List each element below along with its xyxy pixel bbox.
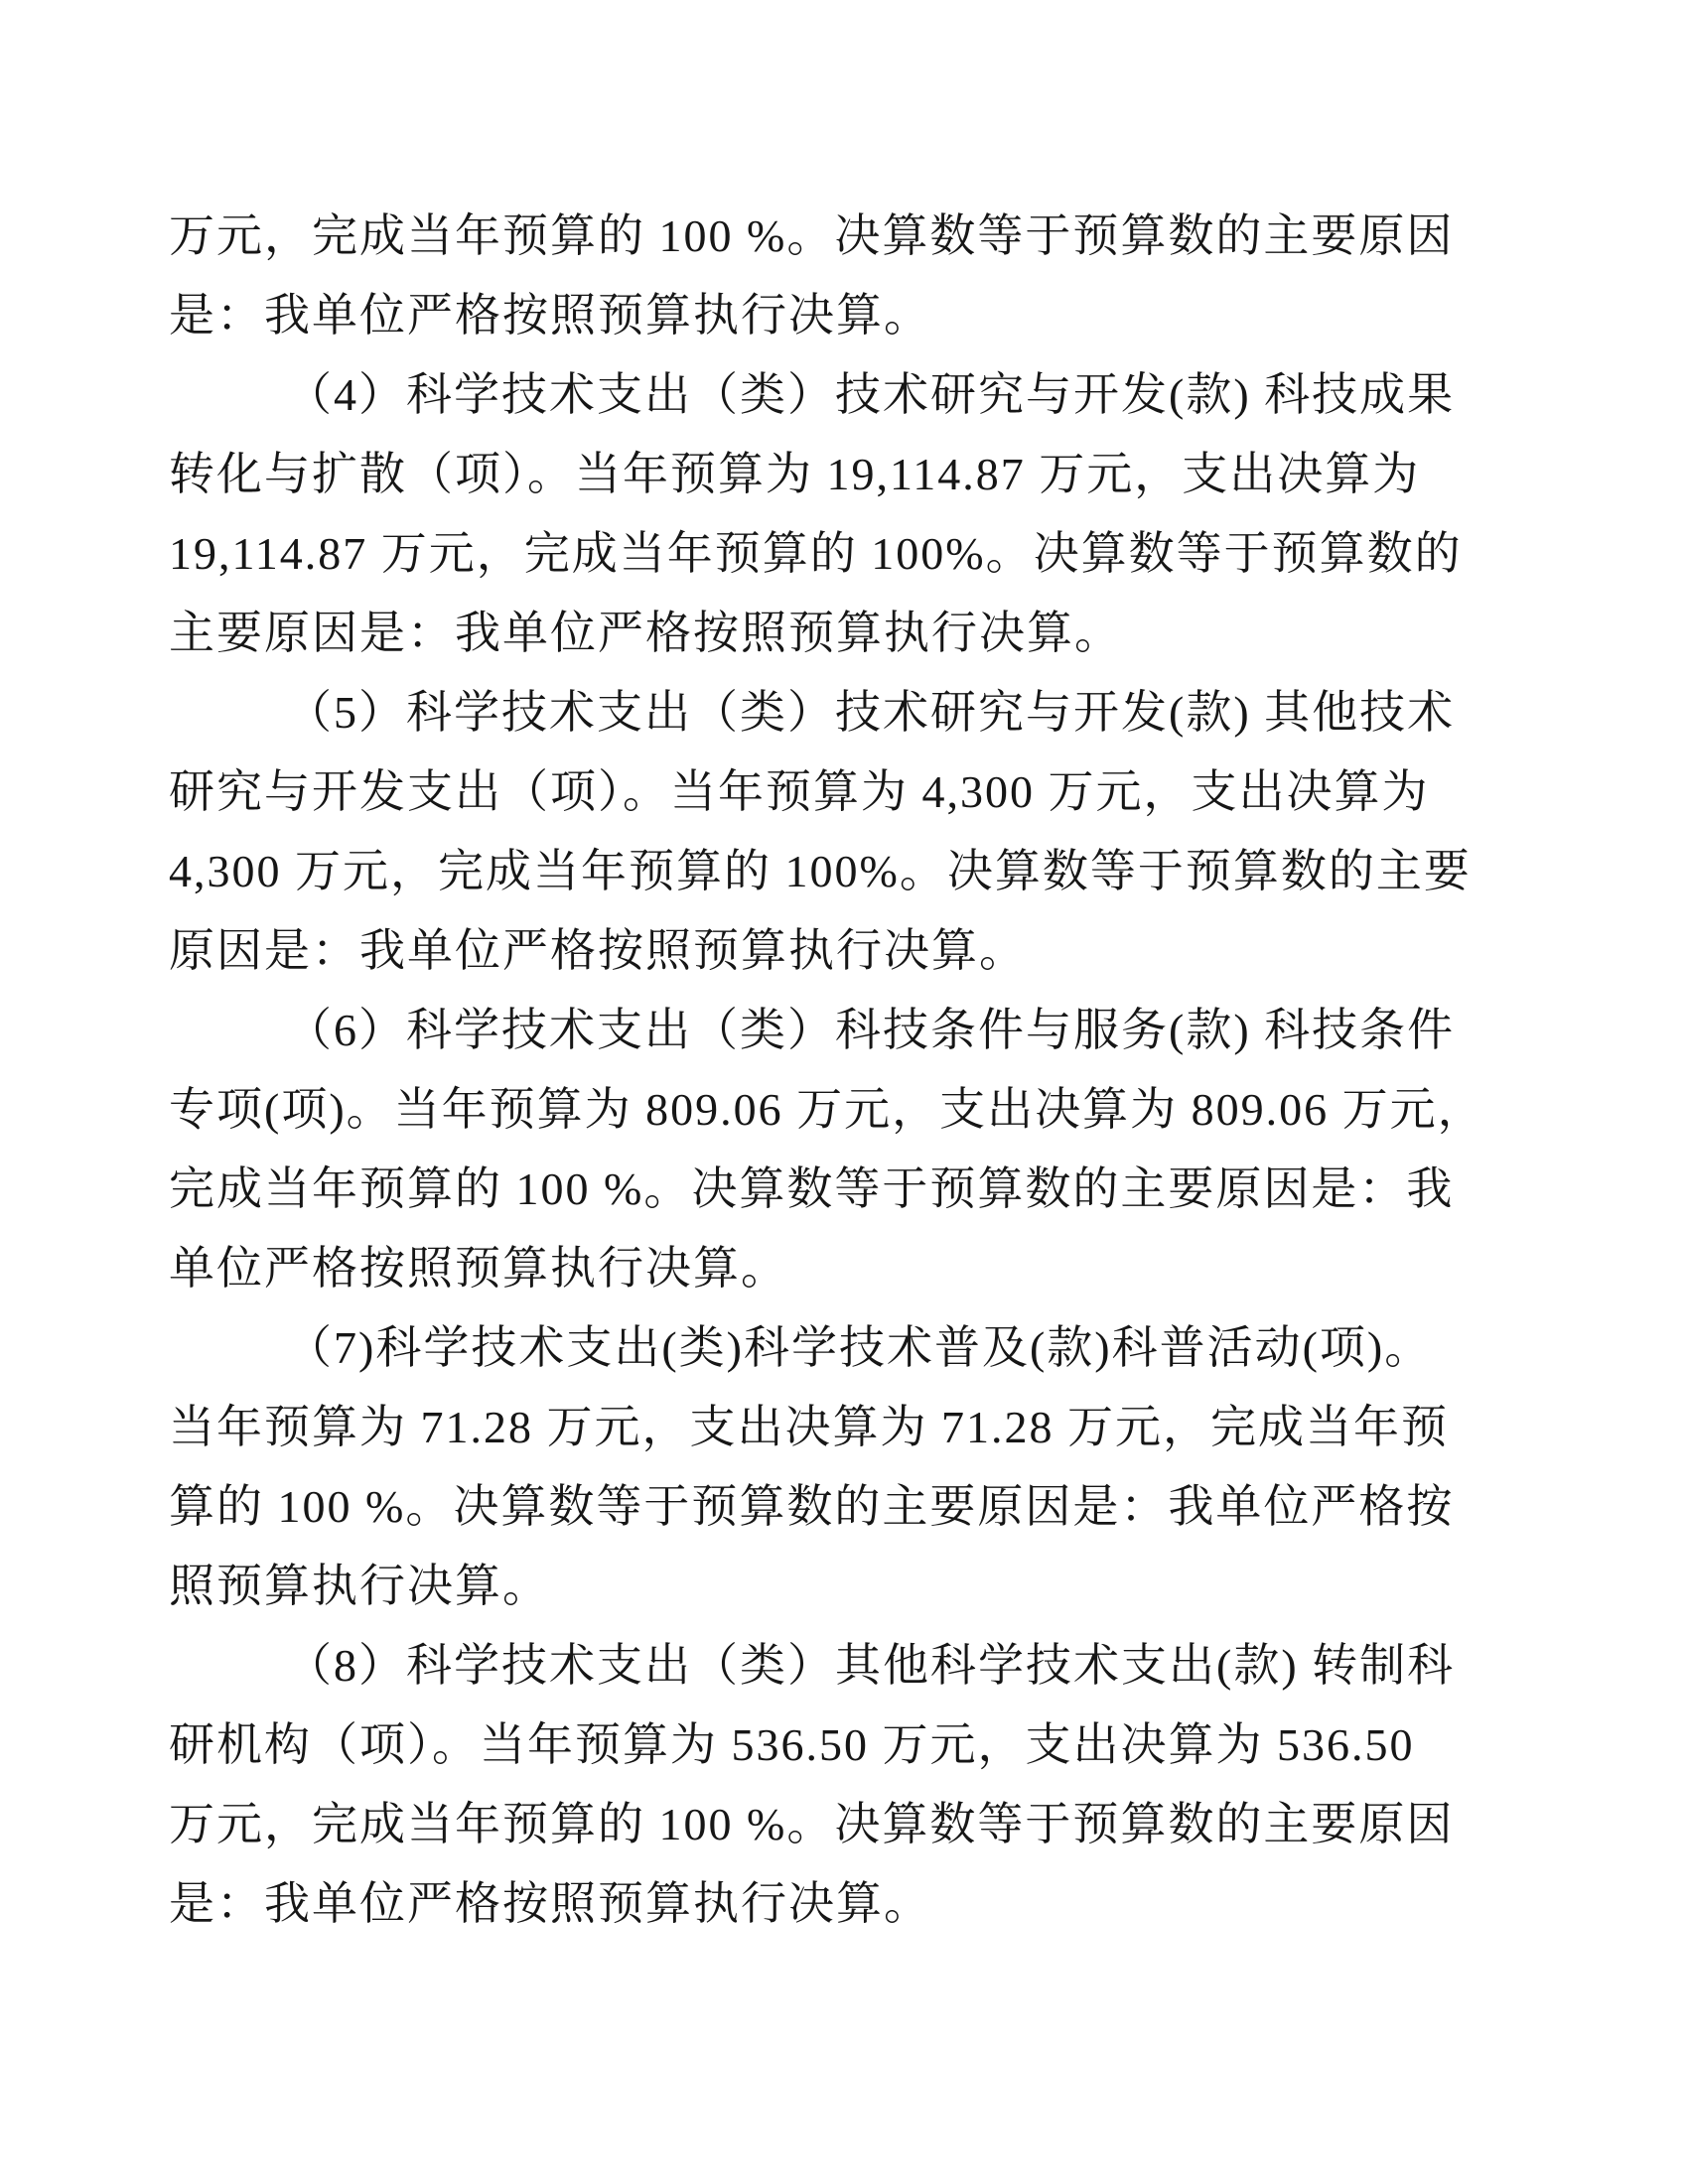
- document-line: 单位严格按照预算执行决算。: [169, 1229, 1539, 1308]
- document-line: （4）科学技术支出（类）技术研究与开发(款) 科技成果: [169, 355, 1539, 435]
- document-line: 主要原因是：我单位严格按照预算执行决算。: [169, 594, 1539, 673]
- document-line: 研究与开发支出（项）。当年预算为 4,300 万元，支出决算为: [169, 752, 1539, 832]
- document-line: 完成当年预算的 100 %。决算数等于预算数的主要原因是：我: [169, 1150, 1539, 1229]
- document-line: 万元，完成当年预算的 100 %。决算数等于预算数的主要原因: [169, 197, 1539, 276]
- document-line: 当年预算为 71.28 万元，支出决算为 71.28 万元，完成当年预: [169, 1388, 1539, 1467]
- document-line: 4,300 万元，完成当年预算的 100%。决算数等于预算数的主要: [169, 832, 1539, 911]
- document-line: 研机构（项）。当年预算为 536.50 万元，支出决算为 536.50: [169, 1706, 1539, 1785]
- document-line: 是：我单位严格按照预算执行决算。: [169, 276, 1539, 355]
- document-line: 照预算执行决算。: [169, 1547, 1539, 1626]
- document-line: 19,114.87 万元，完成当年预算的 100%。决算数等于预算数的: [169, 514, 1539, 594]
- document-line: 转化与扩散（项）。当年预算为 19,114.87 万元，支出决算为: [169, 435, 1539, 514]
- document-line: 是：我单位严格按照预算执行决算。: [169, 1864, 1539, 1944]
- document-line: （8）科学技术支出（类）其他科学技术支出(款) 转制科: [169, 1626, 1539, 1706]
- document-line: （7)科学技术支出(类)科学技术普及(款)科普活动(项)。: [169, 1308, 1539, 1388]
- document-line: 专项(项)。当年预算为 809.06 万元，支出决算为 809.06 万元，: [169, 1070, 1539, 1150]
- document-line: 万元，完成当年预算的 100 %。决算数等于预算数的主要原因: [169, 1785, 1539, 1864]
- document-line: （5）科学技术支出（类）技术研究与开发(款) 其他技术: [169, 673, 1539, 752]
- document-text-block: 万元，完成当年预算的 100 %。决算数等于预算数的主要原因是：我单位严格按照预…: [169, 197, 1539, 1944]
- document-page: 万元，完成当年预算的 100 %。决算数等于预算数的主要原因是：我单位严格按照预…: [0, 0, 1688, 2184]
- document-line: 算的 100 %。决算数等于预算数的主要原因是：我单位严格按: [169, 1467, 1539, 1547]
- document-line: 原因是：我单位严格按照预算执行决算。: [169, 911, 1539, 991]
- document-line: （6）科学技术支出（类）科技条件与服务(款) 科技条件: [169, 991, 1539, 1070]
